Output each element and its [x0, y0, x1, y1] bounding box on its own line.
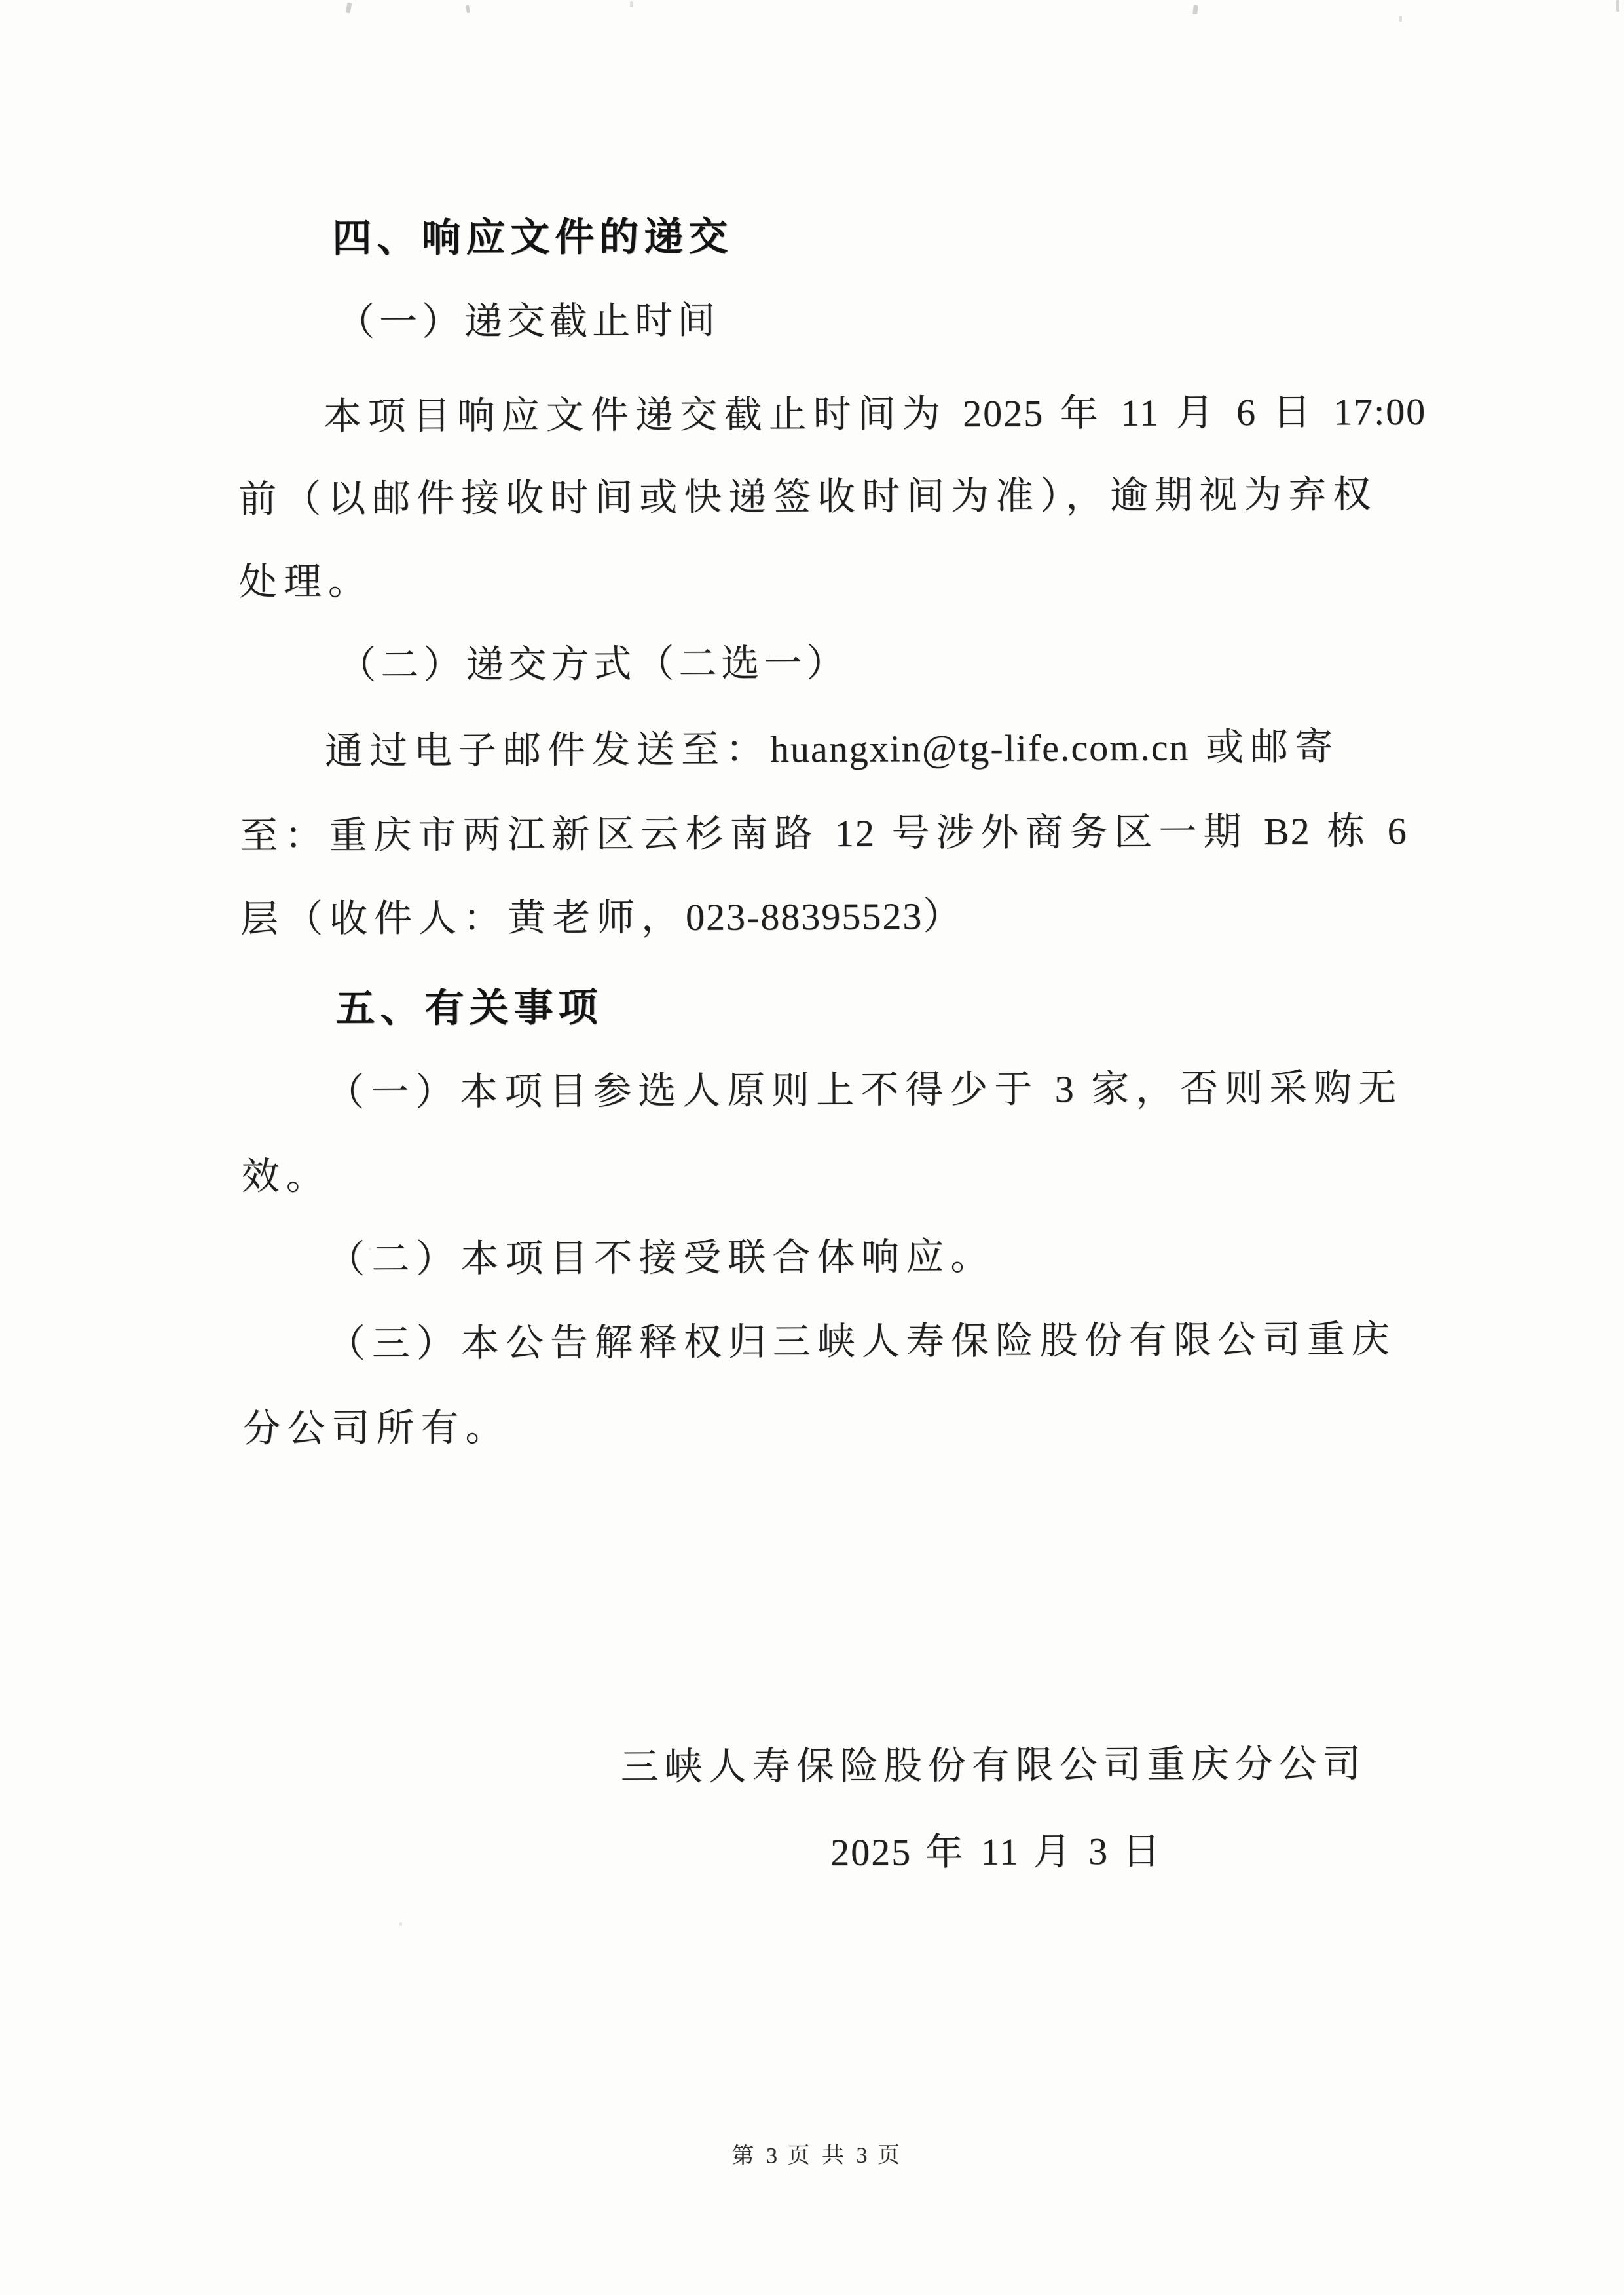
section-heading-matters: 五、有关事项 [335, 988, 602, 1028]
scanned-document-page: { "doc": { "lines": [ {"role":"section-h… [0, 0, 1624, 2295]
line-text: 前（以邮件接收时间或快递签收时间为准），逾期视为弃权 [238, 473, 1377, 521]
floor-number: 6 [1388, 810, 1408, 852]
total-page-number: 3 [856, 2144, 868, 2168]
line-text: 层（收件人：黄老师， [240, 896, 686, 941]
scan-speck [630, 1, 633, 7]
heading-text: 五、有关事项 [335, 985, 602, 1030]
signature-company: 三峡人寿保险股份有限公司重庆分公司 [621, 1745, 1367, 1786]
date-text: 月 [1020, 1830, 1088, 1873]
paragraph-line: 本项目响应文件递交截止时间为 2025 年 11 月 6 日 17:00 [323, 393, 1427, 436]
day-value: 6 [1236, 391, 1257, 434]
email-address: huangxin@tg-life.com.cn [770, 726, 1190, 770]
line-text: 分公司所有。 [242, 1406, 509, 1450]
line-text: 处理。 [239, 560, 373, 603]
scan-speck [369, 1248, 371, 1250]
phone-number: 023-88395523 [686, 895, 923, 939]
subheading-text: （一）递交截止时间 [337, 299, 720, 344]
paragraph-line: 效。 [242, 1157, 331, 1196]
paragraph-line: 分公司所有。 [242, 1409, 509, 1448]
paragraph-line: （一）本项目参选人原则上不得少于 3 家，否则采购无 [326, 1069, 1403, 1111]
line-text: 通过电子邮件发送至： [325, 728, 770, 772]
line-text: 或邮寄 [1189, 725, 1339, 768]
subsection-deadline-heading: （一）递交截止时间 [337, 302, 720, 342]
company-name: 三峡人寿保险股份有限公司重庆分公司 [621, 1742, 1367, 1788]
document-sheet: 四、响应文件的递交 （一）递交截止时间 本项目响应文件递交截止时间为 2025 … [0, 0, 1624, 2295]
sig-month: 11 [980, 1831, 1020, 1873]
line-text: （一）本项目参选人原则上不得少于 [326, 1068, 1055, 1113]
line-text: 日 [1257, 391, 1333, 434]
street-number: 12 [835, 812, 876, 855]
line-text: 本项目响应文件递交截止时间为 [323, 392, 963, 438]
subheading-text: （二）递交方式（二选一） [338, 642, 849, 686]
sig-year: 2025 [830, 1831, 912, 1874]
line-text: 家，否则采购无 [1075, 1066, 1403, 1110]
footer-text: 页 共 [779, 2144, 857, 2169]
building-number: B2 [1264, 810, 1311, 853]
footer-text: 页 [868, 2143, 903, 2167]
scan-speck [1192, 5, 1198, 15]
line-text: 月 [1160, 391, 1236, 434]
paragraph-line: 至：重庆市两江新区云杉南路 12 号涉外商务区一期 B2 栋 6 [240, 812, 1407, 855]
scan-speck [1616, 0, 1619, 12]
line-text: 至：重庆市两江新区云杉南路 [240, 812, 835, 857]
heading-text: 四、响应文件的递交 [332, 215, 733, 261]
sig-day: 3 [1088, 1830, 1109, 1873]
scan-speck [399, 1922, 402, 1926]
line-text: （三）本公告解释权归三峡人寿保险股份有限公司重庆 [327, 1318, 1396, 1365]
date-text: 日 [1109, 1830, 1164, 1873]
line-text: 栋 [1311, 810, 1388, 853]
paragraph-line: （三）本公告解释权归三峡人寿保险股份有限公司重庆 [327, 1320, 1396, 1363]
line-text: 号涉外商务区一期 [876, 810, 1264, 855]
time-value: 17:00 [1333, 390, 1426, 434]
page-number: 第 3 页 共 3 页 [5, 2134, 1624, 2173]
line-text: 效。 [242, 1155, 331, 1198]
scan-speck [1399, 16, 1402, 22]
section-heading-submission: 四、响应文件的递交 [332, 217, 733, 259]
footer-text: 第 [731, 2144, 766, 2168]
date-text: 年 [912, 1831, 980, 1873]
year-value: 2025 [963, 392, 1044, 435]
current-page-number: 3 [766, 2144, 779, 2168]
subsection-method-heading: （二）递交方式（二选一） [338, 644, 849, 684]
paragraph-line: 层（收件人：黄老师，023-88395523） [240, 897, 968, 939]
month-value: 11 [1120, 392, 1160, 434]
signature-date: 2025 年 11 月 3 日 [830, 1833, 1164, 1872]
paragraph-line: 处理。 [239, 563, 373, 601]
line-text: 年 [1044, 392, 1120, 435]
paragraph-line: （二）本项目不接受联合体响应。 [327, 1238, 995, 1278]
line-text: （二）本项目不接受联合体响应。 [327, 1235, 995, 1280]
min-count-value: 3 [1055, 1068, 1075, 1110]
line-text: ） [923, 895, 967, 937]
paragraph-line: 通过电子邮件发送至：huangxin@tg-life.com.cn 或邮寄 [325, 728, 1339, 770]
paragraph-line: 前（以邮件接收时间或快递签收时间为准），逾期视为弃权 [238, 476, 1377, 519]
